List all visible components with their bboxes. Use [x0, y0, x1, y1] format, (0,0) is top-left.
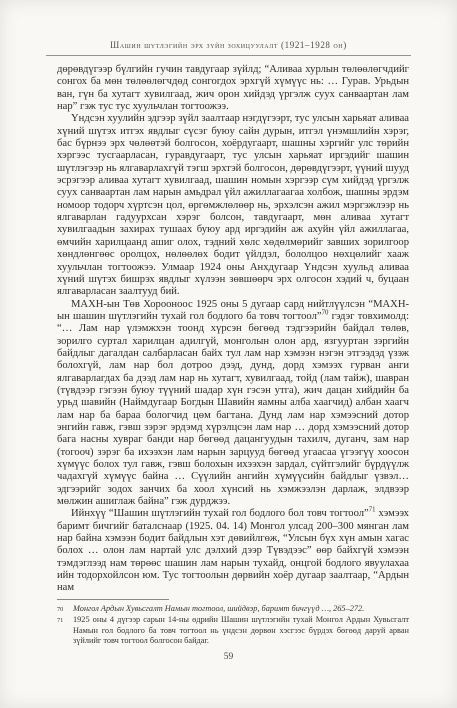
paragraph: МАХН-ын Төв Хорооноос 1925 оны 5 дугаар … [57, 299, 409, 509]
running-header: Шашин шүтлэгийн эрх зүйн зохицуулалт (19… [47, 40, 410, 50]
paragraph: Үндсэн хуулийн эдгээр зүйл заалтаар нэгд… [57, 113, 409, 298]
footnotes-list: 70Монгол Ардын Хувьсгалт Намын тогтоол, … [57, 604, 409, 647]
footnote-text: Монгол Ардын Хувьсгалт Намын тогтоол, ши… [73, 604, 364, 614]
body-paragraphs: дөрөвдүгээр бүлгийн гучин тавдугаар зүйл… [57, 64, 409, 595]
footnote-separator [57, 599, 169, 600]
footnote: 711925 оны 4 дүгээр сарын 14-ны өдрийн Ш… [57, 615, 409, 646]
footnote-number: 70 [57, 604, 73, 615]
paragraph: Ийнхүү “Шашин шүтлэгийн тухай гол бодлог… [57, 508, 409, 594]
header-rule [46, 55, 411, 56]
footnote: 70Монгол Ардын Хувьсгалт Намын тогтоол, … [57, 604, 409, 615]
footnote-number: 71 [57, 615, 73, 626]
paragraph: дөрөвдүгээр бүлгийн гучин тавдугаар зүйл… [57, 64, 409, 113]
page-number: 59 [0, 652, 457, 662]
document-page: Шашин шүтлэгийн эрх зүйн зохицуулалт (19… [0, 0, 457, 708]
footnote-marker: 70 [322, 309, 329, 316]
footnote-text: 1925 оны 4 дүгээр сарын 14-ны өдрийн Шаш… [73, 615, 409, 646]
footnote-marker: 71 [369, 507, 376, 514]
